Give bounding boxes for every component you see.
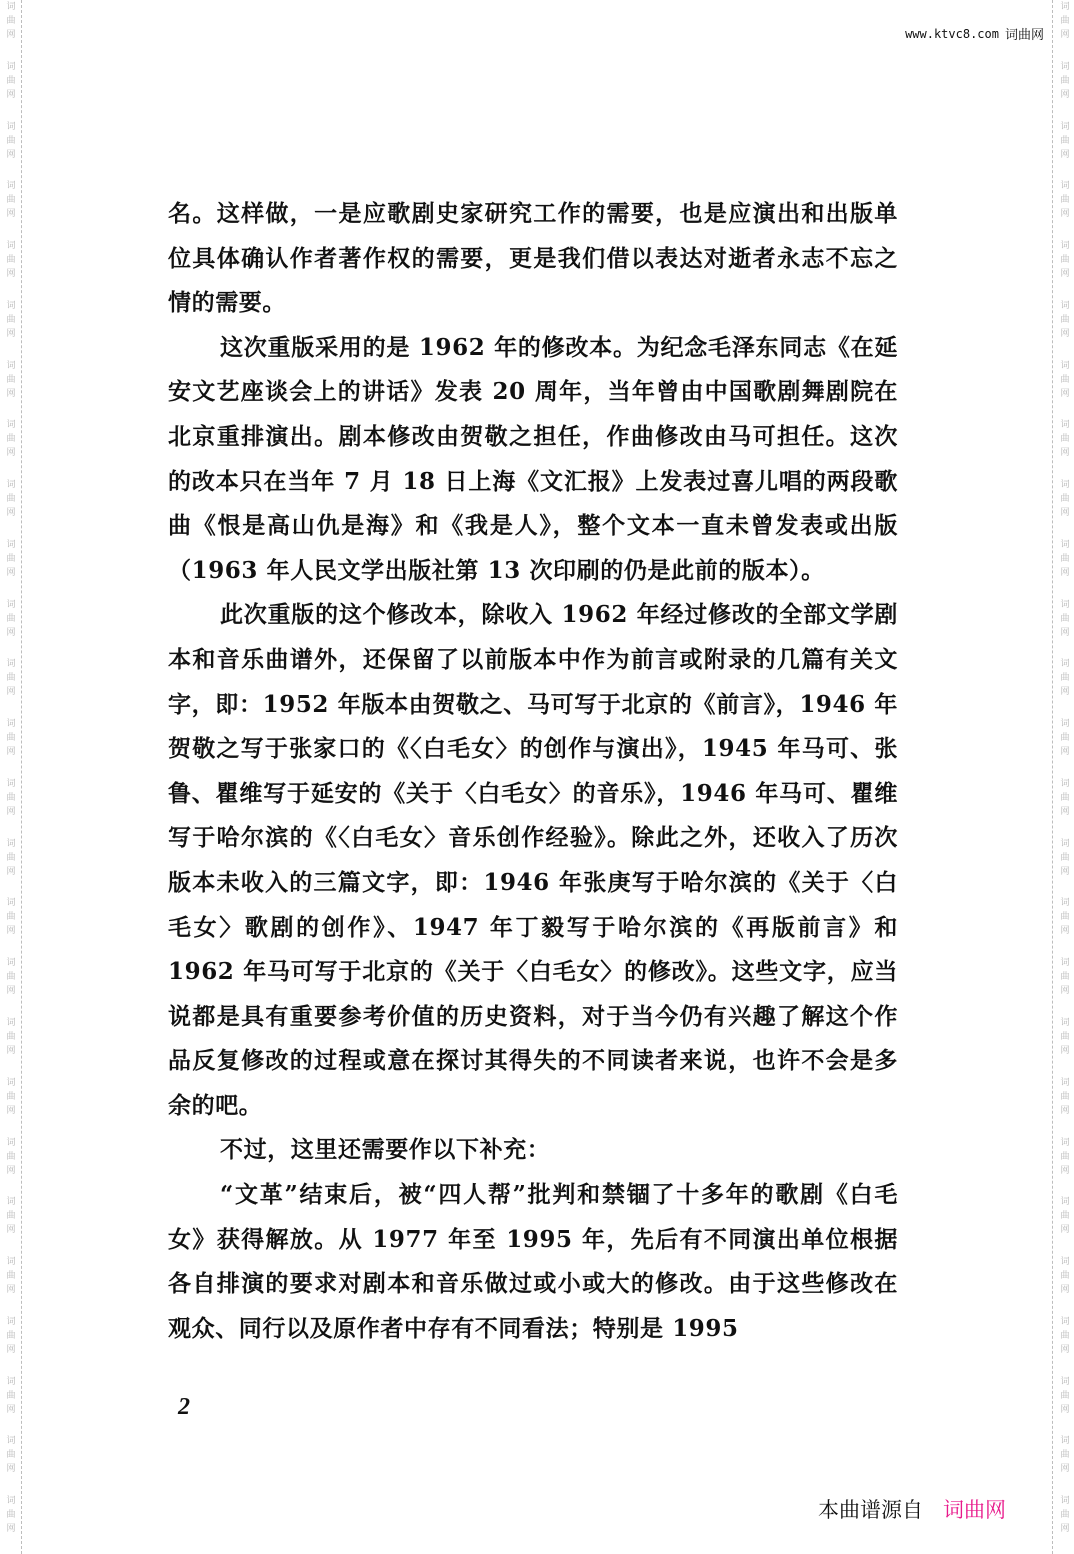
watermark-char: 词 [6, 538, 15, 552]
watermark-char: 曲 [6, 1448, 15, 1462]
watermark-group: 词曲网 [1060, 1494, 1069, 1554]
watermark-char: 曲 [6, 1508, 15, 1522]
watermark-char: 网 [1060, 207, 1069, 221]
watermark-char: 曲 [6, 432, 15, 446]
watermark-char: 网 [6, 28, 15, 42]
watermark-char: 网 [1060, 28, 1069, 42]
watermark-char: 网 [1060, 1522, 1069, 1536]
watermark-group: 词曲网 [1060, 1136, 1069, 1196]
watermark-char: 网 [1060, 446, 1069, 460]
watermark-char: 词 [1060, 717, 1069, 731]
watermark-group: 词曲网 [6, 299, 15, 359]
watermark-char: 曲 [1060, 1389, 1069, 1403]
watermark-char: 词 [1060, 896, 1069, 910]
watermark-char: 曲 [6, 791, 15, 805]
watermark-group: 词曲网 [6, 956, 15, 1016]
watermark-char: 网 [1060, 566, 1069, 580]
watermark-char: 词 [6, 299, 15, 313]
watermark-group: 词曲网 [6, 1434, 15, 1494]
watermark-char: 网 [1060, 1283, 1069, 1297]
watermark-char: 曲 [1060, 791, 1069, 805]
watermark-char: 曲 [6, 1209, 15, 1223]
watermark-char: 网 [1060, 1223, 1069, 1237]
watermark-group: 词曲网 [6, 896, 15, 956]
watermark-char: 曲 [1060, 612, 1069, 626]
watermark-char: 曲 [1060, 14, 1069, 28]
watermark-char: 词 [1060, 1136, 1069, 1150]
watermark-char: 曲 [1060, 193, 1069, 207]
watermark-char: 网 [1060, 1343, 1069, 1357]
source-brand-link[interactable]: 词曲网 [943, 1494, 1006, 1524]
watermark-char: 曲 [1060, 552, 1069, 566]
watermark-group: 词曲网 [1060, 1315, 1069, 1375]
watermark-group: 词曲网 [1060, 896, 1069, 956]
watermark-char: 曲 [1060, 492, 1069, 506]
watermark-char: 曲 [6, 134, 15, 148]
watermark-char: 曲 [1060, 1448, 1069, 1462]
watermark-char: 网 [1060, 1462, 1069, 1476]
watermark-char: 网 [1060, 1403, 1069, 1417]
site-name: 词曲网 [1005, 24, 1044, 43]
watermark-char: 网 [1060, 924, 1069, 938]
watermark-char: 曲 [1060, 1030, 1069, 1044]
watermark-char: 网 [1060, 745, 1069, 759]
watermark-char: 词 [6, 1375, 15, 1389]
watermark-group: 词曲网 [6, 1375, 15, 1435]
site-url: www.ktvc8.com [905, 27, 999, 41]
watermark-char: 网 [6, 1522, 15, 1536]
watermark-char: 网 [1060, 506, 1069, 520]
watermark-char: 词 [6, 837, 15, 851]
watermark-char: 网 [1060, 865, 1069, 879]
watermark-char: 词 [1060, 538, 1069, 552]
watermark-char: 曲 [1060, 1150, 1069, 1164]
watermark-char: 曲 [1060, 432, 1069, 446]
watermark-group: 词曲网 [1060, 1255, 1069, 1315]
watermark-group: 词曲网 [1060, 777, 1069, 837]
paragraph-5: “文革”结束后，被“四人帮”批判和禁锢了十多年的歌剧《白毛女》获得解放。从 19… [168, 1173, 898, 1351]
watermark-group: 词曲网 [1060, 299, 1069, 359]
watermark-char: 网 [6, 327, 15, 341]
watermark-char: 曲 [1060, 253, 1069, 267]
watermark-char: 网 [1060, 148, 1069, 162]
watermark-char: 网 [6, 1462, 15, 1476]
watermark-char: 词 [1060, 60, 1069, 74]
watermark-char: 网 [6, 1164, 15, 1178]
watermark-char: 网 [1060, 805, 1069, 819]
watermark-group: 词曲网 [6, 120, 15, 180]
watermark-char: 网 [1060, 1044, 1069, 1058]
watermark-char: 词 [6, 777, 15, 791]
watermark-char: 词 [1060, 478, 1069, 492]
watermark-char: 曲 [1060, 851, 1069, 865]
watermark-char: 词 [6, 0, 15, 14]
watermark-char: 词 [1060, 179, 1069, 193]
watermark-char: 网 [6, 1403, 15, 1417]
watermark-char: 网 [6, 865, 15, 879]
watermark-char: 网 [6, 685, 15, 699]
watermark-char: 曲 [1060, 1269, 1069, 1283]
watermark-group: 词曲网 [1060, 239, 1069, 299]
watermark-char: 词 [6, 1016, 15, 1030]
watermark-char: 曲 [6, 14, 15, 28]
watermark-char: 词 [6, 1195, 15, 1209]
watermark-char: 网 [6, 207, 15, 221]
page-number: 2 [178, 1394, 190, 1421]
watermark-group: 词曲网 [1060, 418, 1069, 478]
watermark-char: 词 [6, 598, 15, 612]
watermark-char: 曲 [1060, 970, 1069, 984]
watermark-group: 词曲网 [6, 1016, 15, 1076]
watermark-char: 曲 [6, 253, 15, 267]
watermark-char: 曲 [1060, 134, 1069, 148]
watermark-char: 词 [6, 179, 15, 193]
watermark-char: 网 [6, 566, 15, 580]
watermark-char: 网 [6, 148, 15, 162]
watermark-group: 词曲网 [1060, 598, 1069, 658]
left-watermark-strip: 词曲网词曲网词曲网词曲网词曲网词曲网词曲网词曲网词曲网词曲网词曲网词曲网词曲网词… [0, 0, 22, 1554]
watermark-group: 词曲网 [1060, 359, 1069, 419]
watermark-char: 曲 [6, 313, 15, 327]
watermark-group: 词曲网 [1060, 837, 1069, 897]
watermark-group: 词曲网 [6, 478, 15, 538]
watermark-char: 曲 [6, 373, 15, 387]
watermark-char: 曲 [6, 1329, 15, 1343]
watermark-char: 词 [6, 1434, 15, 1448]
watermark-char: 网 [6, 1223, 15, 1237]
watermark-char: 曲 [6, 492, 15, 506]
watermark-char: 词 [1060, 1195, 1069, 1209]
watermark-char: 词 [1060, 299, 1069, 313]
watermark-char: 网 [1060, 267, 1069, 281]
watermark-char: 网 [1060, 1164, 1069, 1178]
watermark-char: 曲 [1060, 1508, 1069, 1522]
watermark-char: 词 [1060, 1315, 1069, 1329]
watermark-group: 词曲网 [6, 777, 15, 837]
watermark-char: 曲 [1060, 1329, 1069, 1343]
watermark-char: 网 [6, 1104, 15, 1118]
watermark-group: 词曲网 [1060, 1076, 1069, 1136]
watermark-char: 词 [1060, 1375, 1069, 1389]
watermark-char: 曲 [6, 671, 15, 685]
watermark-char: 曲 [1060, 1090, 1069, 1104]
watermark-group: 词曲网 [6, 179, 15, 239]
paragraph-1: 名。这样做，一是应歌剧史家研究工作的需要，也是应演出和出版单位具体确认作者著作权… [168, 192, 898, 326]
watermark-char: 词 [1060, 777, 1069, 791]
watermark-group: 词曲网 [6, 0, 15, 60]
watermark-char: 曲 [6, 612, 15, 626]
watermark-char: 网 [6, 984, 15, 998]
watermark-group: 词曲网 [6, 60, 15, 120]
watermark-char: 词 [6, 1315, 15, 1329]
watermark-char: 词 [1060, 1076, 1069, 1090]
watermark-char: 曲 [6, 1150, 15, 1164]
watermark-group: 词曲网 [6, 1136, 15, 1196]
watermark-char: 词 [6, 478, 15, 492]
watermark-char: 词 [1060, 1434, 1069, 1448]
watermark-char: 词 [1060, 1255, 1069, 1269]
watermark-char: 词 [6, 1076, 15, 1090]
watermark-char: 曲 [6, 851, 15, 865]
watermark-char: 词 [6, 418, 15, 432]
watermark-char: 网 [1060, 88, 1069, 102]
watermark-char: 词 [6, 359, 15, 373]
watermark-char: 词 [6, 657, 15, 671]
watermark-char: 网 [6, 267, 15, 281]
watermark-group: 词曲网 [6, 1494, 15, 1554]
watermark-char: 网 [1060, 685, 1069, 699]
watermark-char: 词 [6, 1494, 15, 1508]
watermark-group: 词曲网 [1060, 60, 1069, 120]
watermark-char: 词 [1060, 1016, 1069, 1030]
watermark-char: 词 [6, 1255, 15, 1269]
watermark-group: 词曲网 [6, 598, 15, 658]
watermark-group: 词曲网 [6, 657, 15, 717]
watermark-group: 词曲网 [6, 837, 15, 897]
watermark-group: 词曲网 [1060, 657, 1069, 717]
watermark-char: 词 [1060, 418, 1069, 432]
watermark-group: 词曲网 [1060, 120, 1069, 180]
watermark-char: 曲 [6, 1090, 15, 1104]
watermark-char: 词 [6, 60, 15, 74]
watermark-char: 曲 [1060, 910, 1069, 924]
watermark-char: 曲 [1060, 373, 1069, 387]
right-margin-rule [1052, 0, 1053, 1554]
watermark-char: 网 [6, 506, 15, 520]
watermark-char: 曲 [1060, 74, 1069, 88]
watermark-group: 词曲网 [1060, 478, 1069, 538]
source-label: 本曲谱源自 [818, 1494, 923, 1524]
paragraph-4: 不过，这里还需要作以下补充： [168, 1128, 898, 1173]
watermark-char: 词 [6, 896, 15, 910]
watermark-char: 网 [1060, 327, 1069, 341]
watermark-char: 词 [6, 1136, 15, 1150]
watermark-char: 词 [1060, 239, 1069, 253]
watermark-char: 曲 [1060, 731, 1069, 745]
watermark-char: 网 [6, 924, 15, 938]
footer-source-credit: 本曲谱源自 词曲网 [818, 1494, 1006, 1524]
watermark-char: 曲 [6, 193, 15, 207]
page-body: 名。这样做，一是应歌剧史家研究工作的需要，也是应演出和出版单位具体确认作者著作权… [168, 192, 898, 1351]
watermark-group: 词曲网 [1060, 538, 1069, 598]
paragraph-3: 此次重版的这个修改本，除收入 1962 年经过修改的全部文学剧本和音乐曲谱外，还… [168, 593, 898, 1128]
watermark-char: 网 [6, 88, 15, 102]
watermark-group: 词曲网 [1060, 0, 1069, 60]
watermark-char: 词 [1060, 956, 1069, 970]
watermark-group: 词曲网 [6, 1255, 15, 1315]
watermark-char: 词 [6, 956, 15, 970]
watermark-char: 曲 [1060, 313, 1069, 327]
watermark-char: 网 [6, 805, 15, 819]
watermark-char: 曲 [6, 552, 15, 566]
watermark-char: 词 [1060, 598, 1069, 612]
watermark-char: 曲 [1060, 671, 1069, 685]
right-watermark-strip: 词曲网词曲网词曲网词曲网词曲网词曲网词曲网词曲网词曲网词曲网词曲网词曲网词曲网词… [1054, 0, 1074, 1554]
watermark-char: 词 [6, 239, 15, 253]
watermark-group: 词曲网 [6, 418, 15, 478]
watermark-char: 曲 [1060, 1209, 1069, 1223]
watermark-char: 词 [6, 120, 15, 134]
watermark-group: 词曲网 [6, 1195, 15, 1255]
watermark-char: 网 [6, 446, 15, 460]
watermark-group: 词曲网 [1060, 956, 1069, 1016]
watermark-char: 词 [1060, 359, 1069, 373]
watermark-char: 网 [1060, 387, 1069, 401]
watermark-char: 曲 [6, 910, 15, 924]
watermark-char: 曲 [6, 1269, 15, 1283]
watermark-group: 词曲网 [6, 717, 15, 777]
watermark-char: 词 [1060, 657, 1069, 671]
watermark-char: 网 [6, 1283, 15, 1297]
watermark-char: 曲 [6, 970, 15, 984]
watermark-char: 曲 [6, 74, 15, 88]
watermark-char: 网 [6, 626, 15, 640]
watermark-group: 词曲网 [6, 1076, 15, 1136]
watermark-char: 词 [1060, 1494, 1069, 1508]
watermark-char: 词 [6, 717, 15, 731]
site-watermark-header: www.ktvc8.com 词曲网 [905, 24, 1044, 43]
watermark-char: 网 [1060, 1104, 1069, 1118]
watermark-char: 词 [1060, 0, 1069, 14]
watermark-char: 词 [1060, 837, 1069, 851]
watermark-char: 网 [6, 387, 15, 401]
watermark-char: 曲 [6, 731, 15, 745]
watermark-group: 词曲网 [1060, 717, 1069, 777]
watermark-char: 网 [1060, 626, 1069, 640]
watermark-group: 词曲网 [1060, 1016, 1069, 1076]
watermark-group: 词曲网 [6, 538, 15, 598]
watermark-char: 曲 [6, 1030, 15, 1044]
watermark-group: 词曲网 [1060, 1434, 1069, 1494]
watermark-group: 词曲网 [1060, 179, 1069, 239]
paragraph-2: 这次重版采用的是 1962 年的修改本。为纪念毛泽东同志《在延安文艺座谈会上的讲… [168, 326, 898, 594]
watermark-char: 网 [6, 1044, 15, 1058]
watermark-group: 词曲网 [6, 239, 15, 299]
watermark-char: 曲 [6, 1389, 15, 1403]
watermark-char: 词 [1060, 120, 1069, 134]
watermark-char: 网 [1060, 984, 1069, 998]
watermark-group: 词曲网 [6, 1315, 15, 1375]
watermark-group: 词曲网 [6, 359, 15, 419]
watermark-group: 词曲网 [1060, 1195, 1069, 1255]
watermark-group: 词曲网 [1060, 1375, 1069, 1435]
watermark-char: 网 [6, 1343, 15, 1357]
watermark-char: 网 [6, 745, 15, 759]
